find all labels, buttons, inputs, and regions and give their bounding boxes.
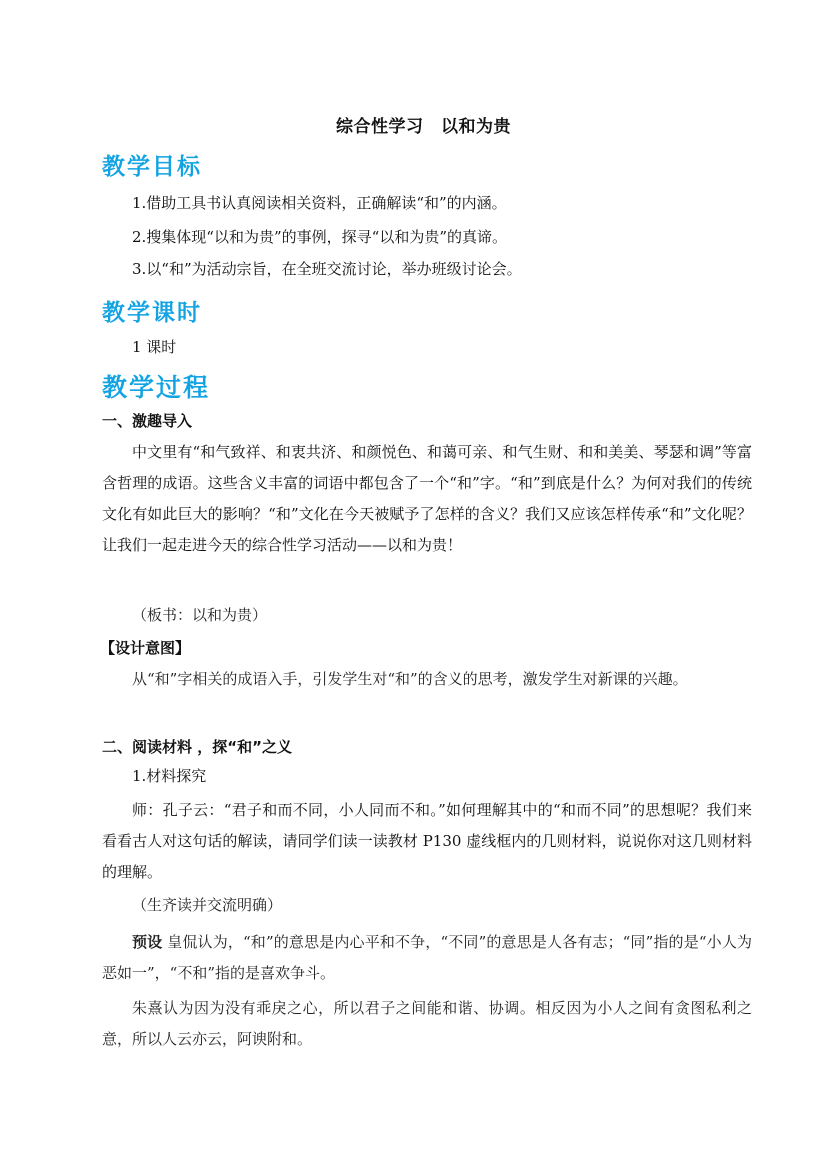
part2-heading: 二、阅读材料 ，探“和”之义 <box>102 736 292 757</box>
document-page: 综合性学习 以和为贵 教学目标 1.借助工具书认真阅读相关资料，正确解读“和”的… <box>0 0 827 1169</box>
preset-text: 皇侃认为，“和”的意思是内心平和不争，“不同”的意思是人各有志；“同”指的是“小… <box>102 933 752 982</box>
design-intent-text: 从“和”字相关的成语入手，引发学生对“和”的含义的思考，激发学生对新课的兴趣。 <box>102 664 752 695</box>
heading-objectives: 教学目标 <box>102 148 202 181</box>
heading-process: 教学过程 <box>102 368 210 404</box>
objective-item-2: 2.搜集体现“以和为贵”的事例，探寻“以和为贵”的真谛。 <box>132 226 507 247</box>
part2-sub1: 1.材料探究 <box>132 765 206 786</box>
objective-item-3: 3.以“和”为活动宗旨，在全班交流讨论，举办班级讨论会。 <box>132 258 522 279</box>
zhuxi-paragraph: 朱熹认为因为没有乖戾之心，所以君子之间能和谐、协调。相反因为小人之间有贪图私利之… <box>102 993 752 1055</box>
part1-paragraph: 中文里有“和气致祥、和衷共济、和颜悦色、和蔼可亲、和气生财、和和美美、琴瑟和调”… <box>102 437 752 561</box>
board-note: （板书：以和为贵） <box>132 604 267 625</box>
document-title: 综合性学习 以和为贵 <box>0 112 827 137</box>
design-intent-heading: 【设计意图】 <box>100 637 190 658</box>
hours-value: 1 课时 <box>132 336 176 357</box>
objective-item-1: 1.借助工具书认真阅读相关资料，正确解读“和”的内涵。 <box>132 192 507 213</box>
part1-heading: 一、激趣导入 <box>102 410 192 431</box>
teacher-text: 师：孔子云：“君子和而不同，小人同而不和。”如何理解其中的“和而不同”的思想呢？… <box>102 795 752 888</box>
heading-hours: 教学课时 <box>102 294 202 327</box>
preset-paragraph: 预设 皇侃认为，“和”的意思是内心平和不争，“不同”的意思是人各有志；“同”指的… <box>102 927 752 989</box>
student-note: （生齐读并交流明确） <box>132 894 282 915</box>
preset-label: 预设 <box>132 933 162 951</box>
